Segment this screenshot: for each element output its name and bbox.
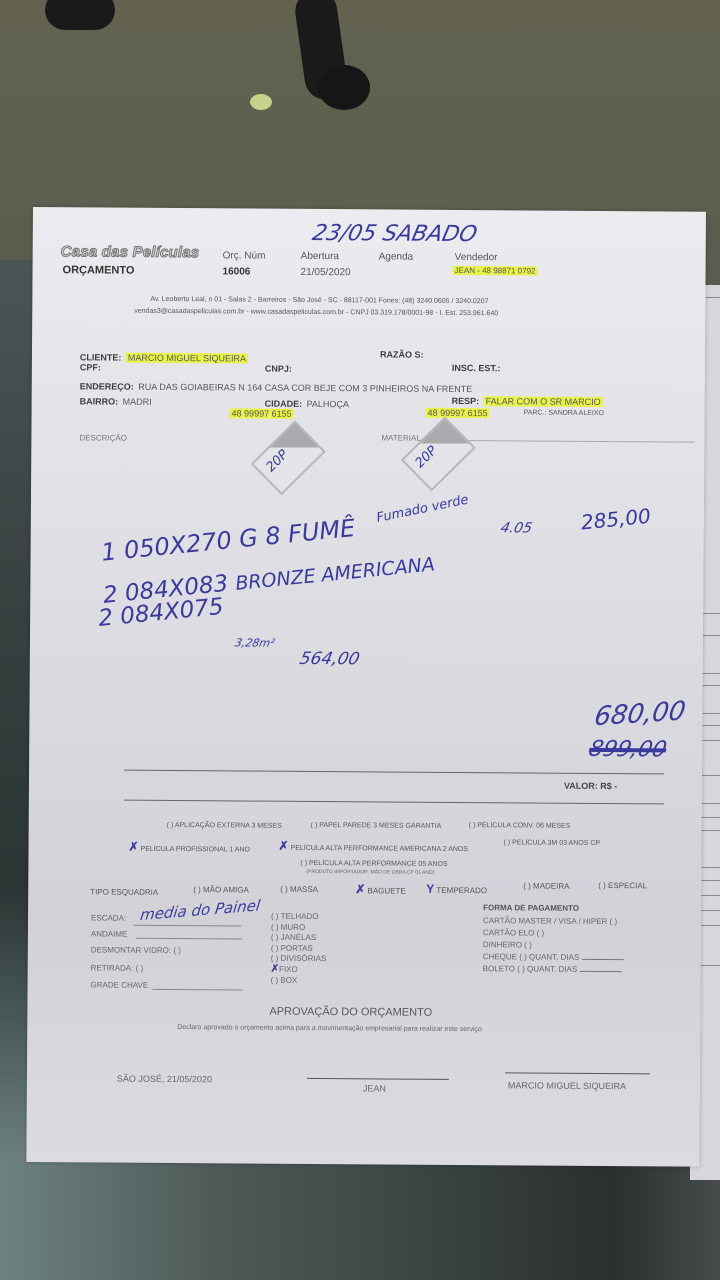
crossed-total-value: 899,00	[586, 737, 668, 762]
option-label: BOLETO ( ) QUANT. DIAS	[483, 964, 578, 974]
local-telhado[interactable]: ( ) TELHADO	[271, 912, 327, 923]
cliente-row: CLIENTE: MARCIO MIGUEL SIQUEIRA	[80, 347, 248, 366]
grade-chave-label: GRADE CHAVE	[91, 980, 149, 989]
chair-foot	[318, 65, 370, 110]
local-box[interactable]: ( ) BOX	[271, 975, 327, 986]
floor-background	[0, 0, 720, 215]
subtotal: 564,00	[298, 649, 362, 669]
phone-1: 48 99997 6155	[230, 408, 294, 418]
retirada[interactable]: RETIRADA: ( )	[91, 963, 144, 972]
bairro-label: BAIRRO:	[80, 396, 119, 406]
local-muro[interactable]: ( ) MURO	[271, 922, 327, 933]
quant-dias-field[interactable]	[579, 971, 621, 972]
seller-signature: JEAN	[363, 1083, 386, 1093]
budget-document: 23/05 SABADO Casa das Películas ORÇAMENT…	[26, 207, 706, 1167]
quant-dias-field[interactable]	[581, 959, 623, 960]
total-line	[124, 770, 664, 775]
option-label: PELÍCULA PROFISSIONAL 1 ANO	[141, 846, 250, 854]
chair-leg	[45, 0, 115, 30]
bairro-value: MADRI	[123, 397, 152, 407]
pagamento-cartao-master[interactable]: CARTÃO MASTER / VISA / HIPER ( )	[483, 915, 624, 928]
company-logo: Casa das Películas	[61, 243, 200, 261]
option-label: TEMPERADO	[436, 886, 487, 895]
razao-label: RAZÃO S:	[380, 349, 424, 359]
insc-label: INSC. EST.:	[452, 363, 501, 373]
item-qty: 1	[100, 537, 118, 566]
endereco-label: ENDEREÇO:	[80, 381, 134, 391]
option-label: PELÍCULA ALTA PERFORMANCE AMERICANA 2 AN…	[291, 845, 469, 853]
ruled-line	[698, 910, 720, 911]
local-janelas[interactable]: ( ) JANELAS	[271, 933, 327, 944]
item-desc: BRONZE AMERICANA	[234, 553, 435, 594]
esquadria-temperado[interactable]: Y TEMPERADO	[426, 882, 487, 896]
cliente-label: CLIENTE:	[80, 352, 122, 362]
escada-label: ESCADA:	[91, 913, 126, 922]
esquadria-baguete[interactable]: ✗ BAGUETE	[355, 882, 406, 896]
crossed-total: 899,00	[586, 737, 668, 762]
valor-line	[124, 800, 664, 805]
esquadria-massa[interactable]: ( ) MASSA	[280, 885, 318, 894]
vendedor-label: Vendedor	[455, 252, 498, 263]
option-papel-parede[interactable]: ( ) PAPEL PAREDE 3 MESES GARANTIA	[311, 822, 442, 830]
orc-num-label: Orç. Núm	[223, 250, 266, 261]
phone-2: 48 99997 6155	[426, 408, 490, 418]
abertura-date: 21/05/2020	[301, 267, 351, 278]
local-fixo[interactable]: ✗FIXO	[271, 965, 327, 976]
option-pelicula-profissional[interactable]: ✗ PELÍCULA PROFISSIONAL 1 ANO	[128, 840, 250, 855]
option-label: CHEQUE ( ) QUANT. DIAS	[483, 952, 580, 962]
check-mark-icon: ✗	[355, 882, 365, 896]
company-address: Av. Leoberto Leal, n 01 - Salas 2 - Barr…	[150, 296, 488, 305]
valor-label: VALOR: R$ -	[564, 781, 617, 791]
option-pelicula-americana[interactable]: ✗ PELÍCULA ALTA PERFORMANCE AMERICANA 2 …	[278, 839, 468, 854]
option-pelicula-conv[interactable]: ( ) PELÍCULA CONV. 06 MESES	[469, 822, 571, 830]
tipo-esquadria-label: TIPO ESQUADRIA	[90, 887, 158, 896]
check-mark-icon: ✗	[128, 840, 138, 854]
item-desc: G 8 FUMÊ	[238, 514, 357, 553]
vendedor-value: JEAN - 48 98871 0792	[453, 266, 538, 276]
client-signature-line[interactable]	[505, 1072, 650, 1074]
resp-value: FALAR COM O SR MARCIO	[484, 396, 603, 407]
client-signature: MARCIO MIGUEL SIQUEIRA	[508, 1080, 626, 1091]
floor-debris	[250, 94, 272, 110]
item-qty: 2	[97, 605, 114, 632]
subtotal-note: 3,28m²	[234, 636, 276, 649]
material-line	[439, 440, 694, 443]
option-label: BAGUETE	[367, 886, 405, 895]
item-price: 285,00	[580, 504, 652, 535]
parc-value: PARC.: SANDRA ALEIXO	[524, 409, 604, 417]
pagamento-title: FORMA DE PAGAMENTO	[483, 903, 579, 913]
esquadria-especial[interactable]: ( ) ESPECIAL	[598, 881, 647, 890]
desmontar-vidro[interactable]: DESMONTAR VIDRO: ( )	[91, 945, 181, 955]
ruled-line	[698, 965, 720, 966]
ruled-line	[698, 895, 720, 896]
orc-num: 16006	[223, 266, 251, 277]
cidade-label: CIDADE:	[265, 399, 303, 409]
place-date: SÃO JOSÉ, 21/05/2020	[117, 1074, 212, 1085]
cnpj-label: CNPJ:	[265, 364, 292, 374]
cpf-label: CPF:	[80, 362, 101, 372]
approval-title: APROVAÇÃO DO ORÇAMENTO	[269, 1006, 432, 1019]
abertura-label: Abertura	[301, 251, 339, 262]
col-descricao: DESCRIÇÃO	[79, 433, 127, 442]
company-contact: vendas3@casadaspeliculas.com.br - www.ca…	[134, 308, 498, 318]
pagamento-cartao-elo[interactable]: CARTÃO ELO ( )	[483, 927, 624, 940]
option-pelicula-3m[interactable]: ( ) PELÍCULA 3M 03 ANOS CP	[504, 839, 601, 847]
item-note: Fumado verde	[375, 492, 470, 525]
item-row-1: 1 050X270 G 8 FUMÊ	[100, 514, 357, 567]
option-pelicula-05-anos[interactable]: ( ) PELÍCULA ALTA PERFORMANCE 05 ANOS	[300, 860, 447, 868]
item-m2: 4.05	[499, 520, 534, 536]
resp-label: RESP:	[452, 396, 480, 406]
check-mark-icon: Y	[426, 882, 434, 896]
check-mark-icon: ✗	[278, 839, 288, 853]
option-pelicula-05-sub: (PRODUTO IMPORTADOR. MÃO DE OBRA CP 01 A…	[306, 869, 434, 876]
item-dims: 050X270	[123, 526, 233, 564]
grade-chave-line[interactable]	[153, 989, 243, 991]
cliente-value: MARCIO MIGUEL SIQUEIRA	[126, 353, 248, 364]
esquadria-madeira[interactable]: ( ) MADEIRA	[523, 881, 569, 890]
andaime-line[interactable]	[136, 938, 242, 940]
doc-type: ORÇAMENTO	[63, 264, 135, 277]
bairro-row: BAIRRO: MADRI	[80, 391, 152, 410]
seller-signature-line[interactable]	[307, 1078, 449, 1080]
col-material: MATERIAL	[381, 433, 420, 442]
option-label: FIXO	[279, 965, 298, 974]
andaime-label: ANDAIME	[91, 929, 128, 938]
esquadria-mao-amiga[interactable]: ( ) MÃO AMIGA	[193, 885, 249, 894]
ruled-line	[698, 925, 720, 926]
endereco-value: RUA DAS GOIABEIRAS N 164 CASA COR BEJE C…	[138, 382, 472, 394]
cidade-value: PALHOÇA	[307, 399, 349, 409]
approval-statement: Declaro aprovado o orçamento acima para …	[177, 1024, 482, 1033]
locais-list: ( ) TELHADO ( ) MURO ( ) JANELAS ( ) POR…	[271, 912, 327, 987]
pagamento-cheque[interactable]: CHEQUE ( ) QUANT. DIAS	[483, 951, 624, 964]
pagamento-boleto[interactable]: BOLETO ( ) QUANT. DIAS	[483, 963, 624, 976]
option-aplicacao-externa[interactable]: ( ) APLICAÇÃO EXTERNA 3 MESES	[167, 822, 282, 830]
pagamento-options: CARTÃO MASTER / VISA / HIPER ( ) CARTÃO …	[483, 915, 624, 976]
total-handwritten: 680,00	[592, 696, 687, 732]
handwritten-date: 23/05 SABADO	[310, 221, 479, 247]
local-portas[interactable]: ( ) PORTAS	[271, 943, 327, 954]
escada-line	[133, 925, 241, 927]
pagamento-dinheiro[interactable]: DINHEIRO ( )	[483, 939, 624, 952]
background-bottom	[0, 1160, 720, 1280]
escada-value[interactable]: media do Painel	[139, 896, 261, 924]
agenda-label: Agenda	[379, 251, 414, 262]
